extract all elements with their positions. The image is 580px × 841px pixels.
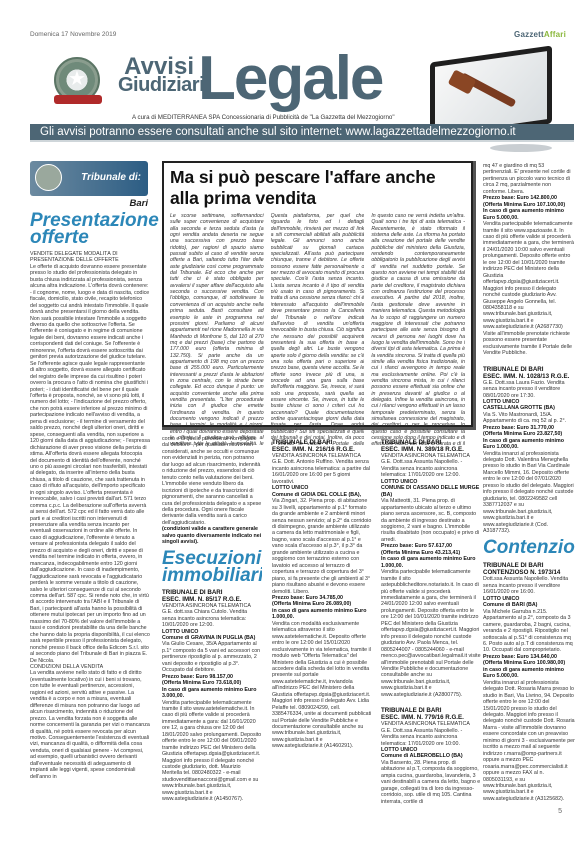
mid-column-1: corso e di quello precedente non pagate … [162,436,262,836]
auction-ad-1973-14: TRIBUNALE DI BARI CONTENZIOSO N. 1973/14… [483,562,575,802]
banner-text: Gli avvisi potranno essere consultati an… [40,126,516,138]
presentazione-text: Le offerte di acquisto dovranno essere p… [30,264,150,664]
auction-ad-216-16: TRIBUNALE DI BARI ESEC. IMM. N. 216/16 R… [272,439,372,750]
lead-article-col-2: Questa piattaforma, per quel che riguard… [271,213,365,445]
auction-ad-continued: mq 47 e giardino di mq 53 pertinenziali.… [483,163,575,357]
brand-right: Affari [544,30,566,39]
lead-article-col-1: Le scorse settimane, soffermandoci sulle… [170,213,264,445]
lead-article-title: Ma si può pescare l'affare anche alla pr… [170,167,465,209]
tribunale-label: Tribunale di: [81,172,141,183]
masthead-title-big: Legale [198,48,382,110]
tribunale-box: Tribunale di: [30,161,148,196]
star-icon: ★ [68,69,86,89]
lead-article: Ma si può pescare l'affare anche alla pr… [162,161,473,427]
mid-column-3: TRIBUNALE DI BARI ESEC. IMM. N. 389/18 R… [381,436,481,836]
condizioni-note: (condizioni valide a carattere generale … [162,526,262,545]
esecuzioni-title: Esecuzioni immobiliari [162,550,262,584]
page-number: 5 [558,808,562,815]
italian-republic-emblem-icon: ★ [54,57,100,103]
right-column: mq 47 e giardino di mq 53 pertinenziali.… [483,163,575,813]
title-line-2: Giudiziari [118,76,194,95]
ribbon [54,95,102,104]
tribunale-city: Bari [30,198,148,209]
masthead-title-small: Avvisi Giudiziari [118,57,194,95]
auction-ad-85-17: TRIBUNALE DI BARI ESEC. IMM. N. 85/17 R.… [162,589,262,803]
auction-ad-1028-13: TRIBUNALE DI BARI ESEC. IMM. N. 1028/13 … [483,366,575,535]
brand-left: Gazzett [514,30,544,39]
monitor-stand [490,144,552,152]
masthead-subline: A cura di MEDITERRANEA SPA Concessionari… [132,114,395,121]
condizioni-cont-text: corso e di quello precedente non pagate … [162,436,262,526]
lead-article-col-3: In questo caso ne verrà indetta un'altra… [371,213,465,445]
issue-date: Domenica 17 Novembre 2019 [30,31,116,38]
brand-logo: GazzettAffari [514,30,566,39]
presentazione-title: Presentazione offerte [30,212,150,246]
auction-ad-389-18: TRIBUNALE DI BARI ESEC. IMM. N. 389/18 R… [381,439,481,698]
tribunale-emblem-icon [35,164,62,191]
presentazione-body: VENDITE DELEGATE MODALITÀ DI PRESENTAZIO… [30,251,150,821]
contenzioso-title: Contenzioso [483,539,575,556]
presentazione-heading: VENDITE DELEGATE MODALITÀ DI PRESENTAZIO… [30,251,150,264]
mid-column-2: TRIBUNALE DI BARI ESEC. IMM. N. 216/16 R… [272,436,372,836]
website-banner: Gli avvisi potranno essere consultati an… [30,124,574,142]
condizioni-text: La vendita avviene nello stato di fatto … [30,670,150,780]
auction-ad-779-16: TRIBUNALE DI BARI ESEC. IMM. N. 779/16 R… [381,707,481,805]
